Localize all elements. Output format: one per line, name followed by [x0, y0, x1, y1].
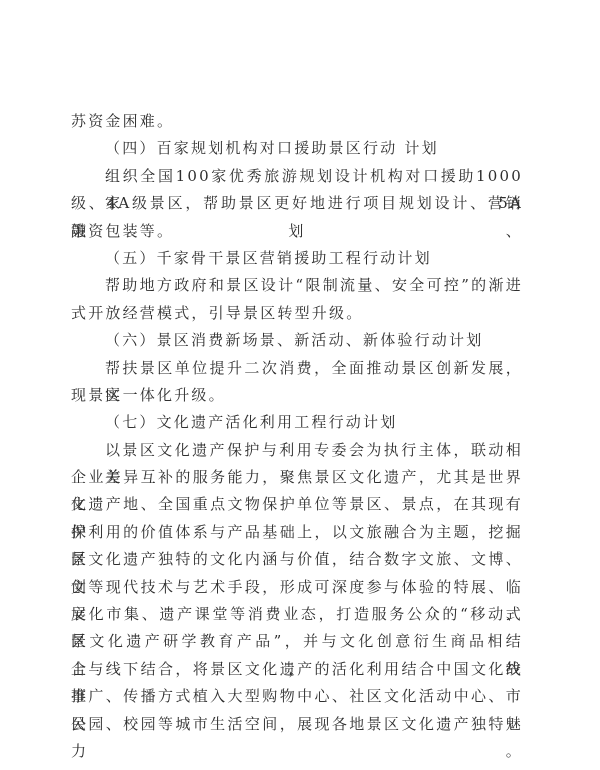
body-text-line: 帮扶景区单位提升二次消费，全面推动景区创新发展，实	[71, 355, 523, 382]
section-heading-7: （七）文化遗产活化利用工程行动计划	[71, 409, 523, 436]
body-text-line: 区文化遗产研学教育产品”，并与文化创意衍生商品相结合，线	[71, 628, 523, 655]
body-text-line: 帮助地方政府和景区设计“限制流量、安全可控”的渐进	[71, 272, 523, 299]
body-text-line: 式开放经营模式，引导景区转型升级。	[71, 300, 523, 327]
body-text-line: 企业差异互补的服务能力，聚焦景区文化遗产，尤其是世界文	[71, 464, 523, 491]
body-text-line: 护利用的价值体系与产品基础上，以文旅融合为主题，挖掘景	[71, 519, 523, 546]
body-text-line: 区文化遗产独特的文化内涵与价值，结合数字文旅、文博、文	[71, 546, 523, 573]
section-heading-6: （六）景区消费新场景、新活动、新体验行动计划	[71, 327, 523, 354]
body-text-line: 公园、校园等城市生活空间，展现各地景区文化遗产独特魅力。	[71, 711, 523, 738]
section-heading-5: （五）千家骨干景区营销援助工程行动计划	[71, 245, 523, 272]
body-text-line: 上与线下结合，将景区文化遗产的活化利用结合中国文化故事	[71, 656, 523, 683]
document-page: 苏资金困难。 （四）百家规划机构对口援助景区行动 计划 组织全国100家优秀旅游…	[71, 108, 523, 738]
body-text-line: 以景区文化遗产保护与利用专委会为执行主体，联动相关	[71, 437, 523, 464]
body-text-line: 推广、传播方式植入大型购物中心、社区文化活动中心、市民	[71, 683, 523, 710]
body-text-line: 组织全国100家优秀旅游规划设计机构对口援助1000家5A	[71, 163, 523, 190]
section-heading-4: （四）百家规划机构对口援助景区行动 计划	[71, 135, 523, 162]
body-text-line: 化遗产地、全国重点文物保护单位等景区、景点，在其现有保	[71, 491, 523, 518]
body-text-line: 级、4A级景区，帮助景区更好地进行项目规划设计、营销策划、	[71, 190, 523, 217]
body-text-line: 苏资金困难。	[71, 108, 523, 135]
body-text-line: 文化市集、遗产课堂等消费业态，打造服务公众的“移动式景	[71, 601, 523, 628]
body-text-line: 创等现代技术与艺术手段，形成可深度参与体验的特展、临展、	[71, 574, 523, 601]
body-text-line: 现景区一体化升级。	[71, 382, 523, 409]
